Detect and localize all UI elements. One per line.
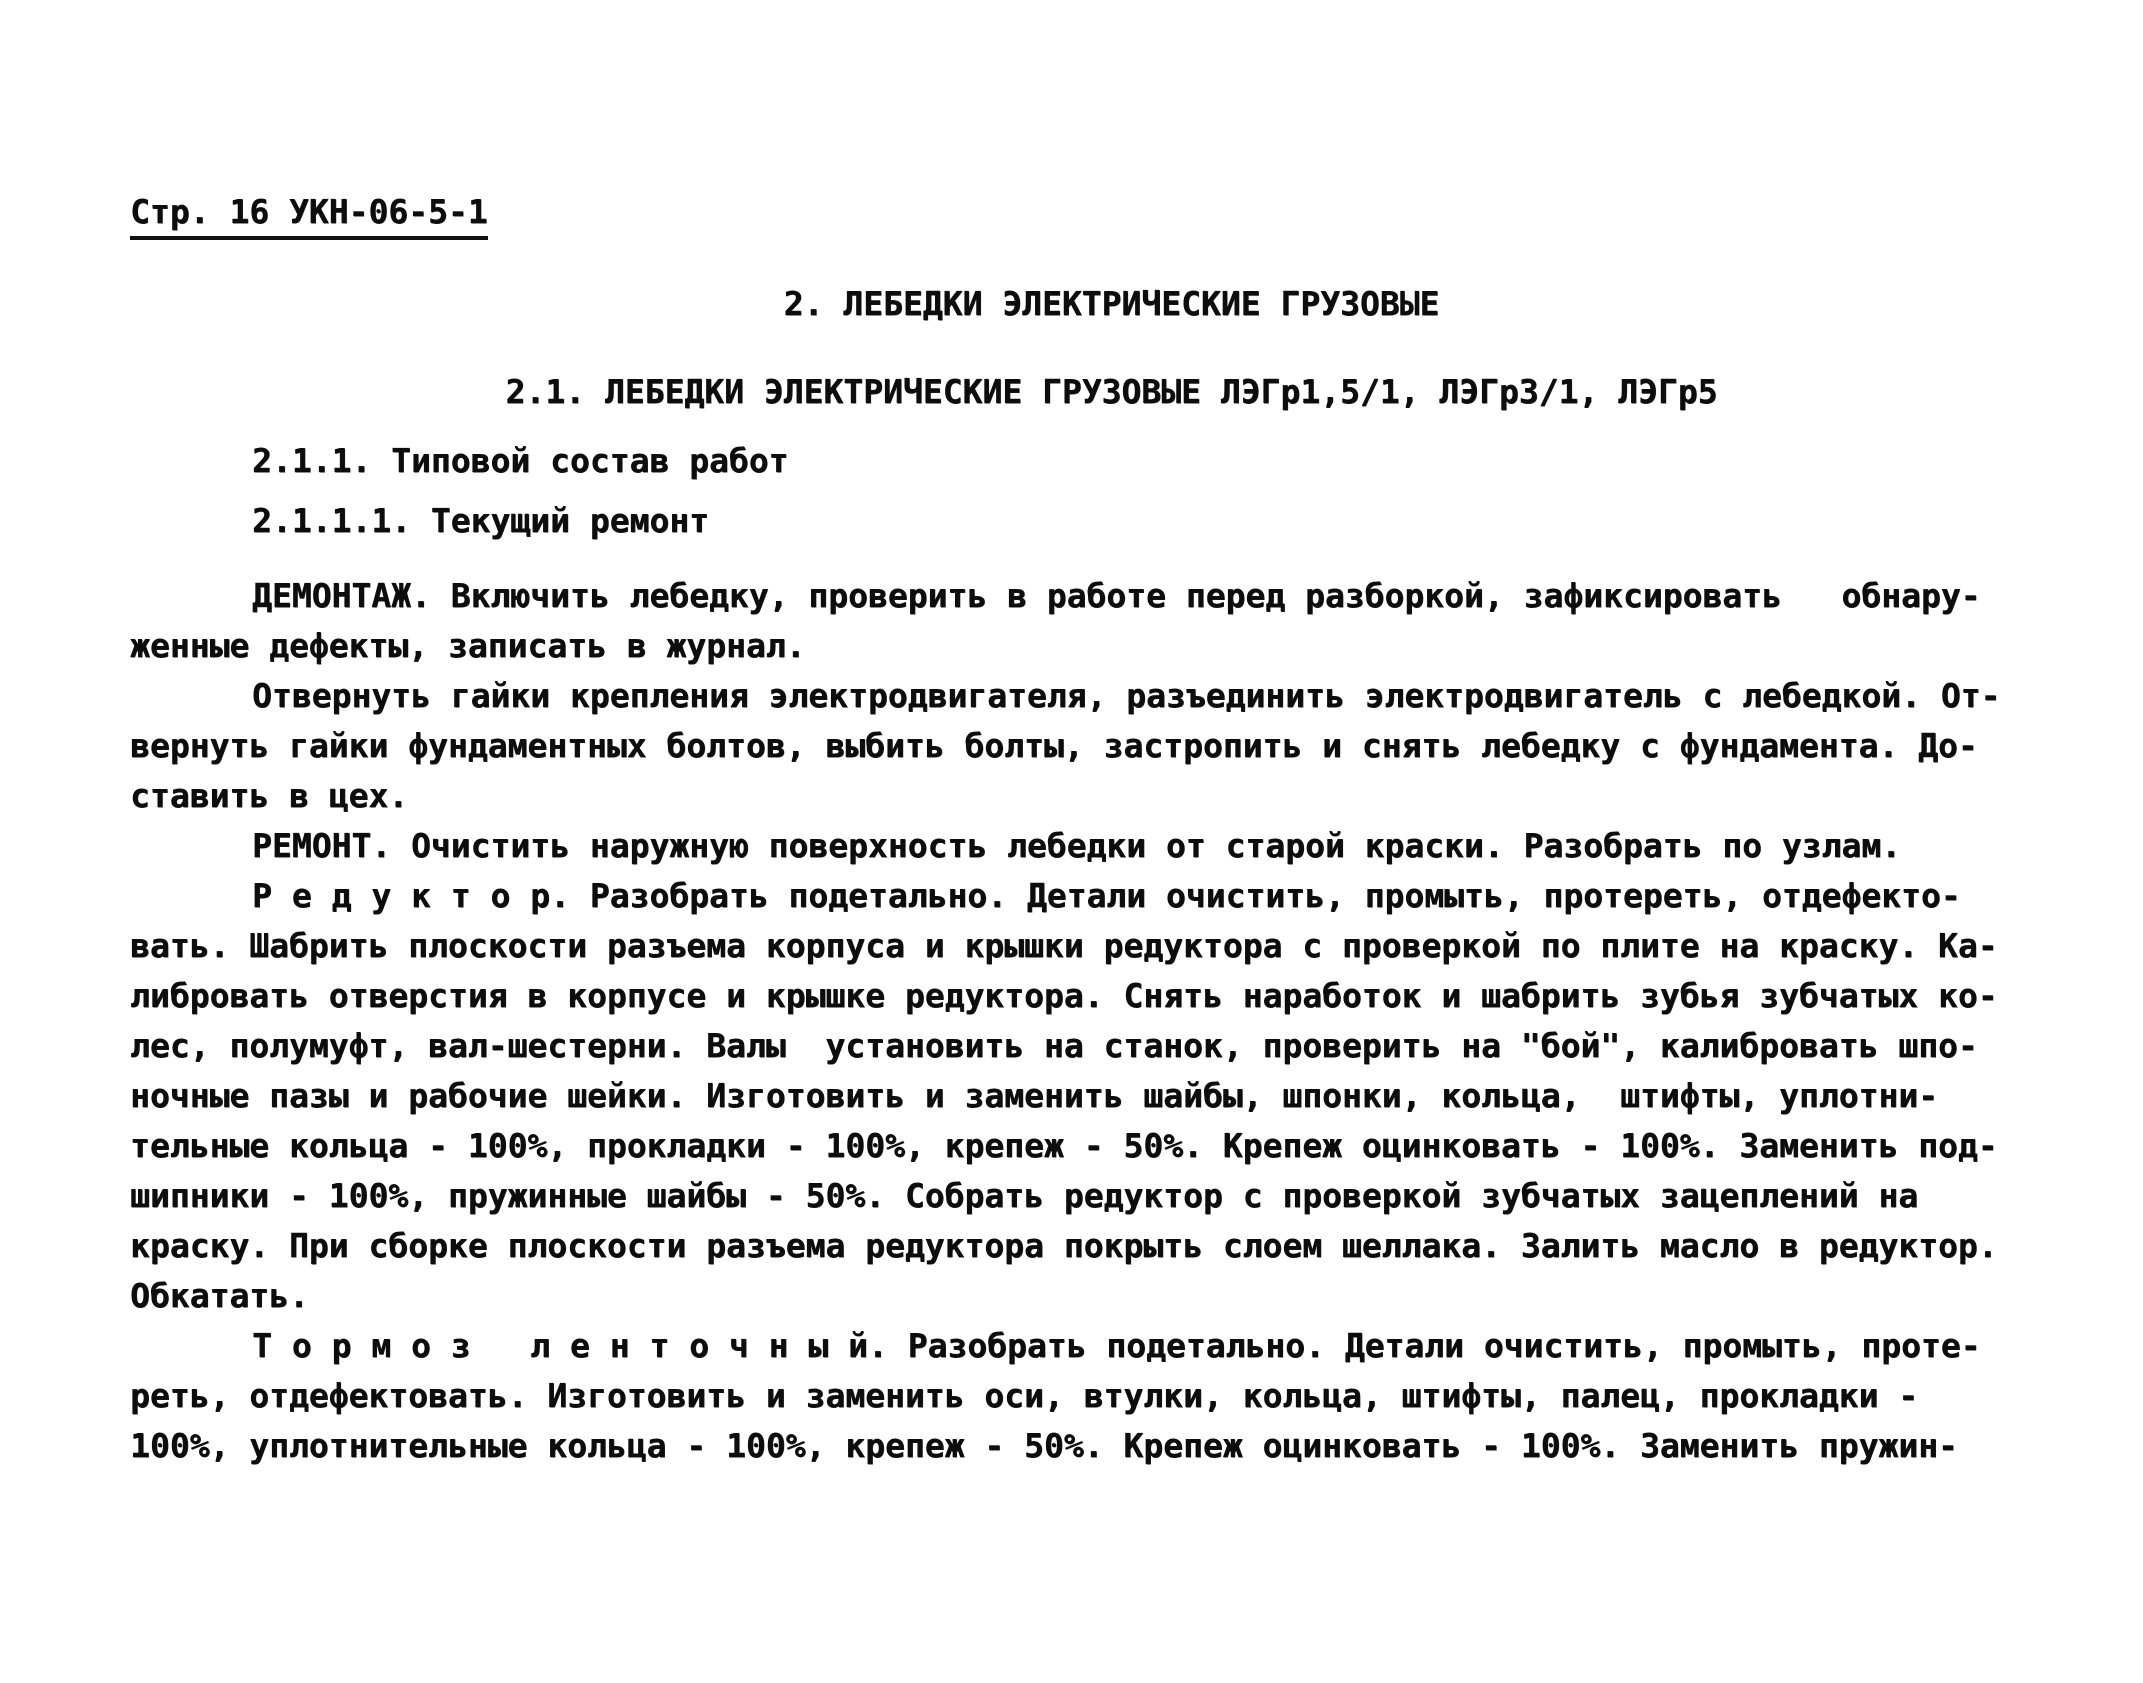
text-line: Т о р м о з л е н т о ч н ы й. Разобрать… <box>130 1321 2093 1371</box>
text-line: краску. При сборке плоскости разъема ред… <box>130 1221 2093 1271</box>
text-line: ночные пазы и рабочие шейки. Изготовить … <box>130 1071 2093 1121</box>
text-line: ДЕМОНТАЖ. Включить лебедку, проверить в … <box>130 571 2093 621</box>
text-line: реть, отдефектовать. Изготовить и замени… <box>130 1371 2093 1421</box>
text-line: либровать отверстия в корпусе и крышке р… <box>130 971 2093 1021</box>
text-line: вать. Шабрить плоскости разъема корпуса … <box>130 921 2093 971</box>
text-line: тельные кольца - 100%, прокладки - 100%,… <box>130 1121 2093 1171</box>
text-line: лес, полумуфт, вал-шестерни. Валы устано… <box>130 1021 2093 1071</box>
text-line: 2.1.1.1. Текущий ремонт <box>130 496 2093 546</box>
text-line: ставить в цех. <box>130 771 2093 821</box>
document-title: 2. ЛЕБЕДКИ ЭЛЕКТРИЧЕСКИЕ ГРУЗОВЫЕ <box>130 284 2093 324</box>
text-line: Обкатать. <box>130 1271 2093 1321</box>
text-line: 100%, уплотнительные кольца - 100%, креп… <box>130 1421 2093 1471</box>
document-subtitle: 2.1. ЛЕБЕДКИ ЭЛЕКТРИЧЕСКИЕ ГРУЗОВЫЕ ЛЭГр… <box>130 372 2093 412</box>
text-line: 2.1.1. Типовой состав работ <box>130 436 2093 486</box>
text-line: Отвернуть гайки крепления электродвигате… <box>130 671 2093 721</box>
text-line: шипники - 100%, пружинные шайбы - 50%. С… <box>130 1171 2093 1221</box>
text-line: женные дефекты, записать в журнал. <box>130 621 2093 671</box>
text-line: вернуть гайки фундаментных болтов, выбит… <box>130 721 2093 771</box>
text-line: Р е д у к т о р. Разобрать подетально. Д… <box>130 871 2093 921</box>
document-page: Стр. 16 УКН-06-5-1 2. ЛЕБЕДКИ ЭЛЕКТРИЧЕС… <box>0 0 2143 1683</box>
text-line: РЕМОНТ. Очистить наружную поверхность ле… <box>130 821 2093 871</box>
page-header: Стр. 16 УКН-06-5-1 <box>130 192 2093 232</box>
page-number-label: Стр. 16 УКН-06-5-1 <box>130 192 488 240</box>
document-body: 2.1.1. Типовой состав работ2.1.1.1. Теку… <box>130 436 2093 1471</box>
